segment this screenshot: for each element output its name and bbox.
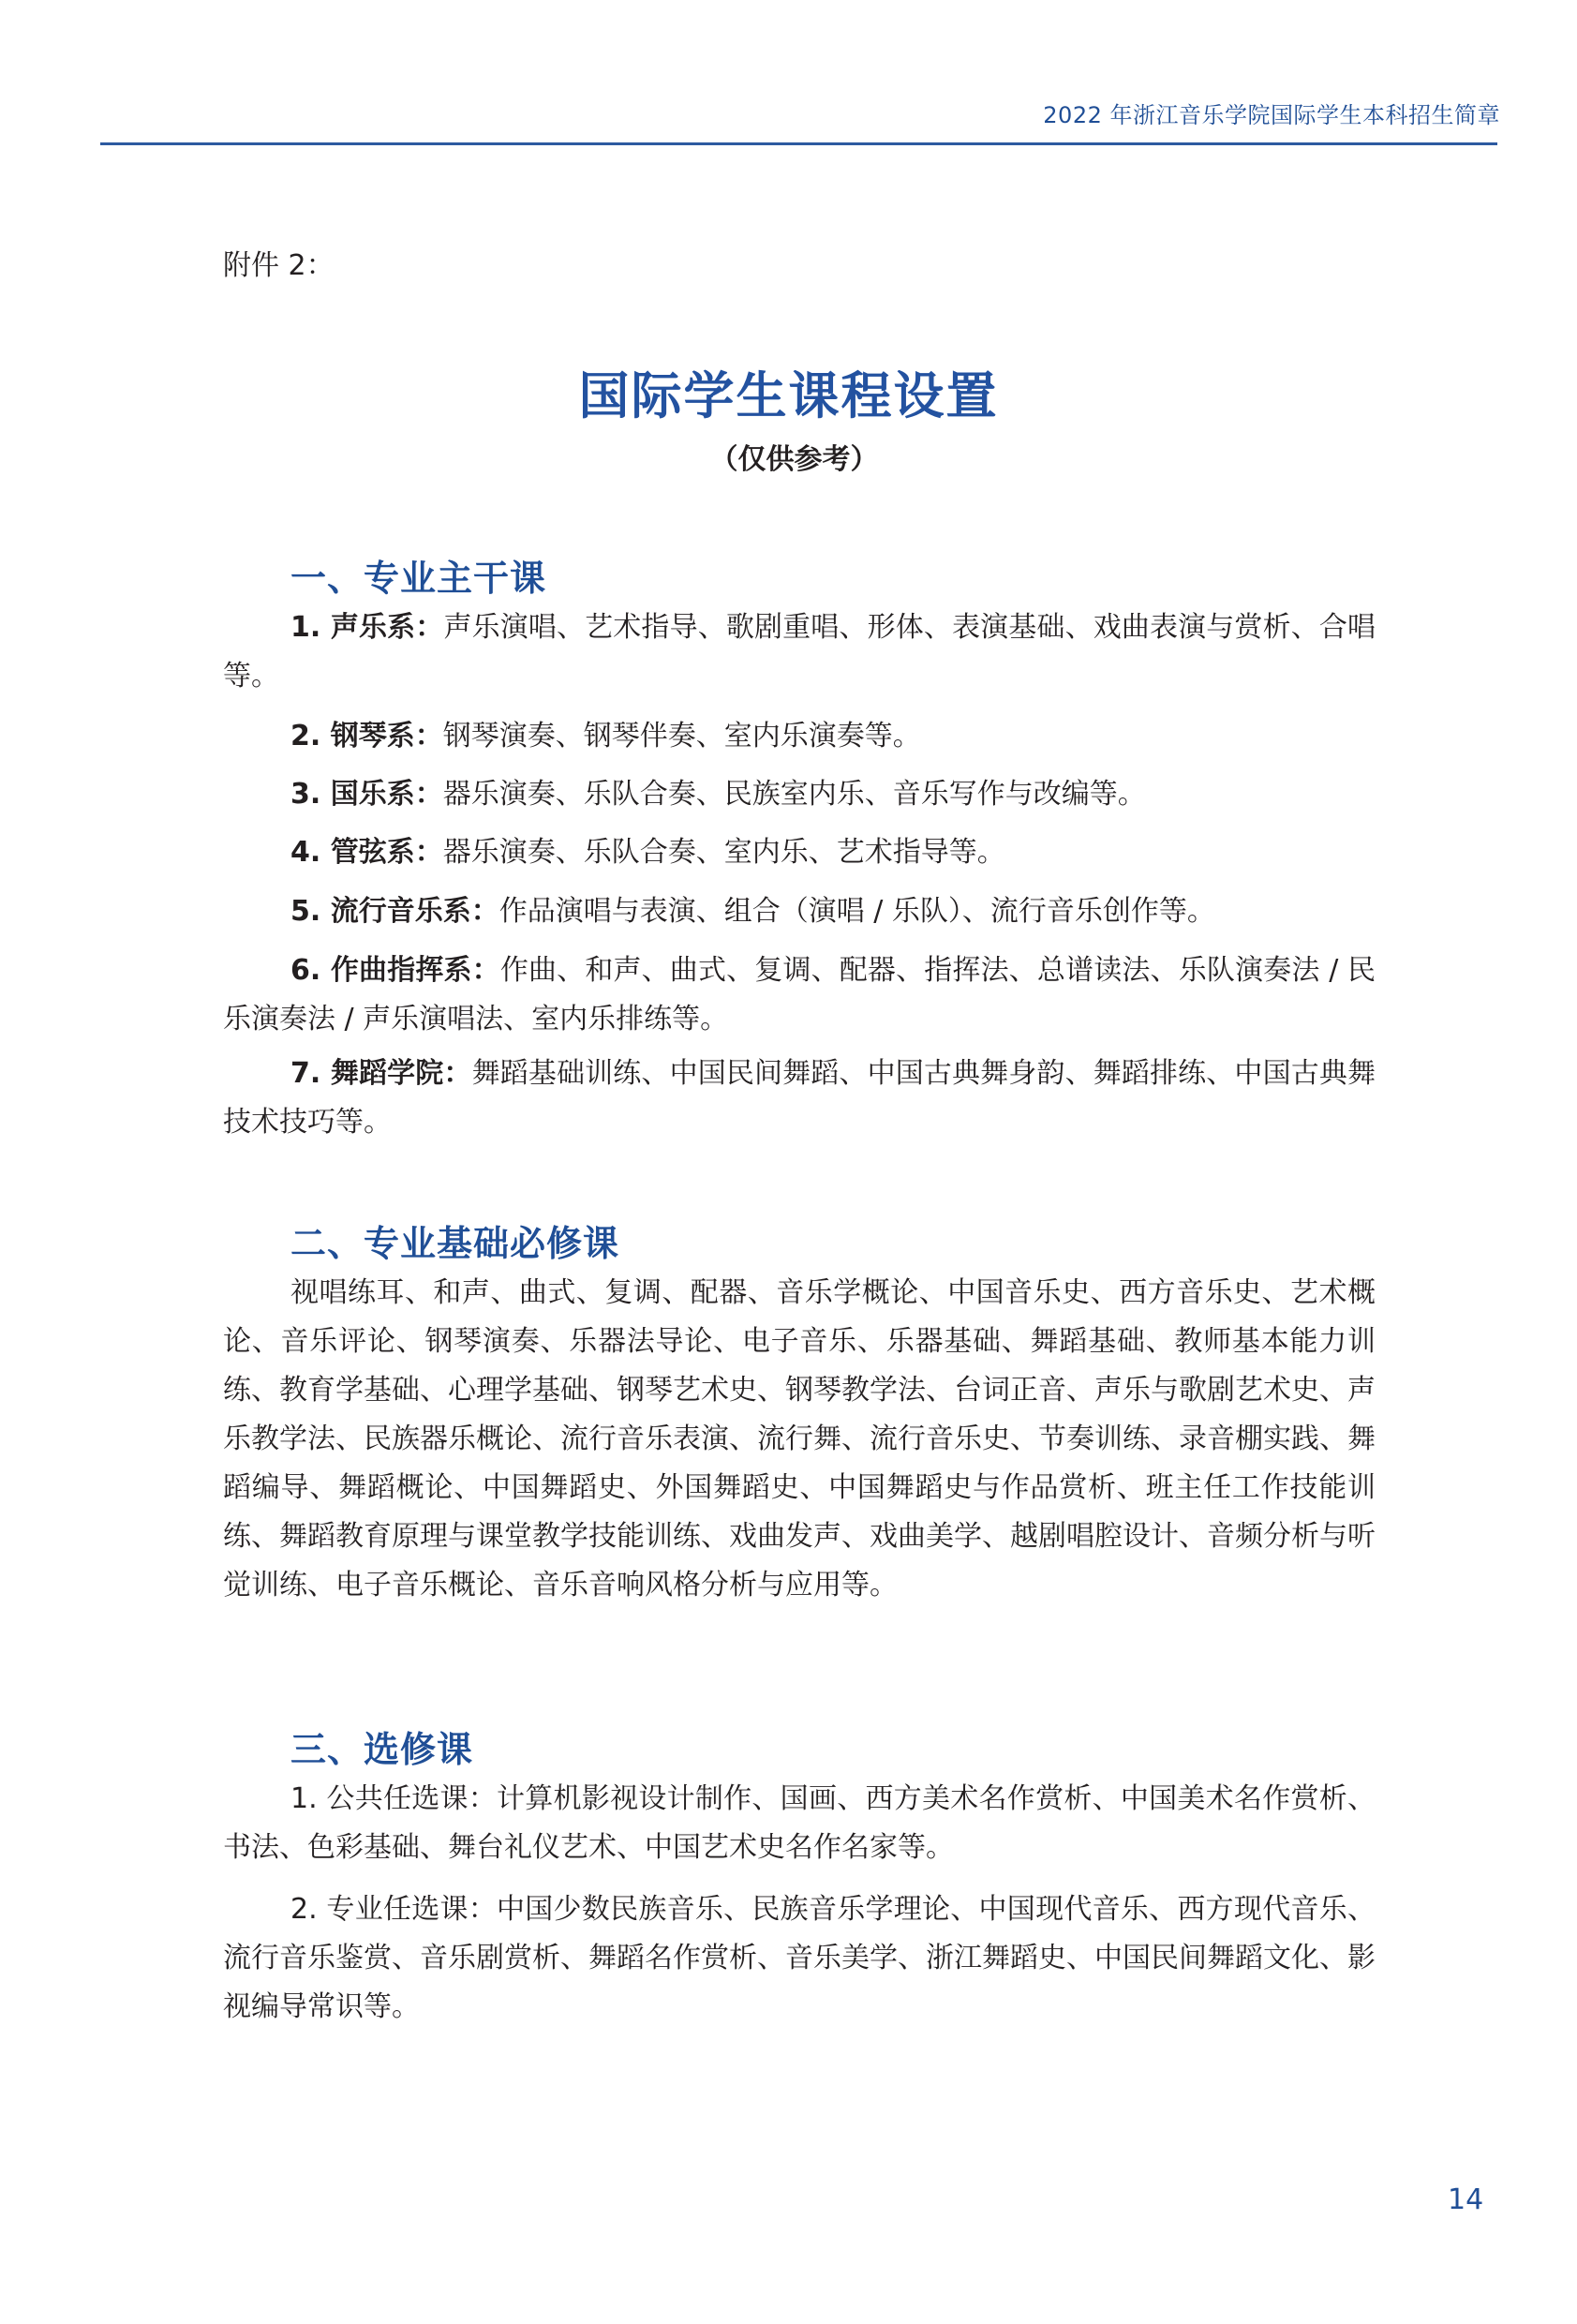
course-item-vocal: 1. 声乐系：声乐演唱、艺术指导、歌剧重唱、形体、表演基础、戏曲表演与赏析、合唱… xyxy=(223,603,1376,701)
course-item-text: 器乐演奏、乐队合奏、民族室内乐、音乐写作与改编等。 xyxy=(443,778,1146,811)
course-item-pop-music: 5. 流行音乐系：作品演唱与表演、组合（演唱 / 乐队）、流行音乐创作等。 xyxy=(223,887,1376,936)
elective-item-public: 1. 公共任选课：计算机影视设计制作、国画、西方美术名作赏析、中国美术名作赏析、… xyxy=(223,1775,1376,1872)
header-divider xyxy=(100,142,1497,145)
course-item-label: 2. 钢琴系： xyxy=(290,720,443,752)
elective-item-label: 1. 公共任选课： xyxy=(290,1782,497,1815)
course-item-text: 作品演唱与表演、组合（演唱 / 乐队）、流行音乐创作等。 xyxy=(499,895,1215,928)
section-heading-elective-courses: 三、选修课 xyxy=(290,1721,473,1772)
section-heading-core-courses: 一、专业主干课 xyxy=(290,549,546,601)
section-heading-foundation-courses: 二、专业基础必修课 xyxy=(290,1214,619,1266)
course-item-label: 5. 流行音乐系： xyxy=(290,895,499,928)
course-item-composition: 6. 作曲指挥系：作曲、和声、曲式、复调、配器、指挥法、总谱读法、乐队演奏法 /… xyxy=(223,946,1376,1044)
document-subtitle: （仅供参考） xyxy=(0,436,1577,477)
document-title: 国际学生课程设置 xyxy=(0,356,1577,428)
page-number: 14 xyxy=(1448,2183,1483,2216)
course-item-text: 器乐演奏、乐队合奏、室内乐、艺术指导等。 xyxy=(443,836,1005,869)
course-item-piano: 2. 钢琴系：钢琴演奏、钢琴伴奏、室内乐演奏等。 xyxy=(223,712,1376,761)
running-header-title: 2022 年浙江音乐学院国际学生本科招生简章 xyxy=(1043,97,1500,129)
course-item-dance: 7. 舞蹈学院：舞蹈基础训练、中国民间舞蹈、中国古典舞身韵、舞蹈排练、中国古典舞… xyxy=(223,1050,1376,1147)
course-item-label: 7. 舞蹈学院： xyxy=(290,1057,472,1090)
foundation-course-list: 视唱练耳、和声、曲式、复调、配器、音乐学概论、中国音乐史、西方音乐史、艺术概论、… xyxy=(223,1269,1376,1610)
attachment-label: 附件 2： xyxy=(223,242,335,283)
elective-item-major: 2. 专业任选课：中国少数民族音乐、民族音乐学理论、中国现代音乐、西方现代音乐、… xyxy=(223,1885,1376,2032)
course-item-chinese-music: 3. 国乐系：器乐演奏、乐队合奏、民族室内乐、音乐写作与改编等。 xyxy=(223,770,1376,819)
course-item-label: 1. 声乐系： xyxy=(290,611,443,644)
course-item-label: 4. 管弦系： xyxy=(290,836,443,869)
course-item-orchestral: 4. 管弦系：器乐演奏、乐队合奏、室内乐、艺术指导等。 xyxy=(223,828,1376,877)
elective-item-label: 2. 专业任选课： xyxy=(290,1893,497,1926)
course-item-text: 钢琴演奏、钢琴伴奏、室内乐演奏等。 xyxy=(443,720,921,752)
course-item-label: 3. 国乐系： xyxy=(290,778,443,811)
course-item-label: 6. 作曲指挥系： xyxy=(290,954,500,987)
